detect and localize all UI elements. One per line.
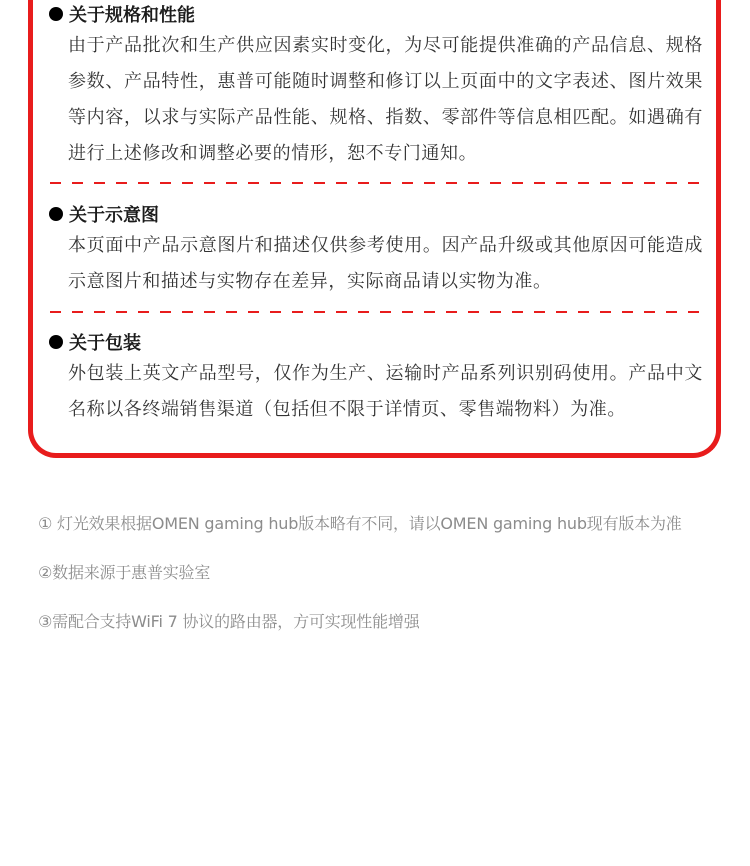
footnotes: ① 灯光效果根据OMEN gaming hub版本略有不同，请以OMEN gam… xyxy=(38,510,738,657)
section-body: 外包装上英文产品型号，仅作为生产、运输时产品系列识别码使用。产品中文名称以各终端… xyxy=(68,356,703,428)
bullet-icon xyxy=(49,207,63,221)
dashed-divider xyxy=(50,311,702,313)
footnote-lighting: ① 灯光效果根据OMEN gaming hub版本略有不同，请以OMEN gam… xyxy=(38,510,738,538)
section-packaging: 关于包装 外包装上英文产品型号，仅作为生产、运输时产品系列识别码使用。产品中文名… xyxy=(48,328,703,428)
bullet-icon xyxy=(49,335,63,349)
section-specs-performance: 关于规格和性能 由于产品批次和生产供应因素实时变化，为尽可能提供准确的产品信息、… xyxy=(48,0,703,172)
dashed-divider xyxy=(50,182,702,184)
section-title-text: 关于规格和性能 xyxy=(69,1,195,27)
section-title: 关于包装 xyxy=(48,328,703,356)
section-title-text: 关于包装 xyxy=(69,329,141,355)
footnote-data-source: ②数据来源于惠普实验室 xyxy=(38,559,738,587)
section-title: 关于示意图 xyxy=(48,200,703,228)
section-illustration: 关于示意图 本页面中产品示意图片和描述仅供参考使用。因产品升级或其他原因可能造成… xyxy=(48,200,703,300)
section-body: 由于产品批次和生产供应因素实时变化，为尽可能提供准确的产品信息、规格参数、产品特… xyxy=(68,28,703,172)
section-body: 本页面中产品示意图片和描述仅供参考使用。因产品升级或其他原因可能造成示意图片和描… xyxy=(68,228,703,300)
section-title-text: 关于示意图 xyxy=(69,201,159,227)
footnote-wifi7: ③需配合支持WiFi 7 协议的路由器，方可实现性能增强 xyxy=(38,608,738,636)
section-title: 关于规格和性能 xyxy=(48,0,703,28)
bullet-icon xyxy=(49,7,63,21)
